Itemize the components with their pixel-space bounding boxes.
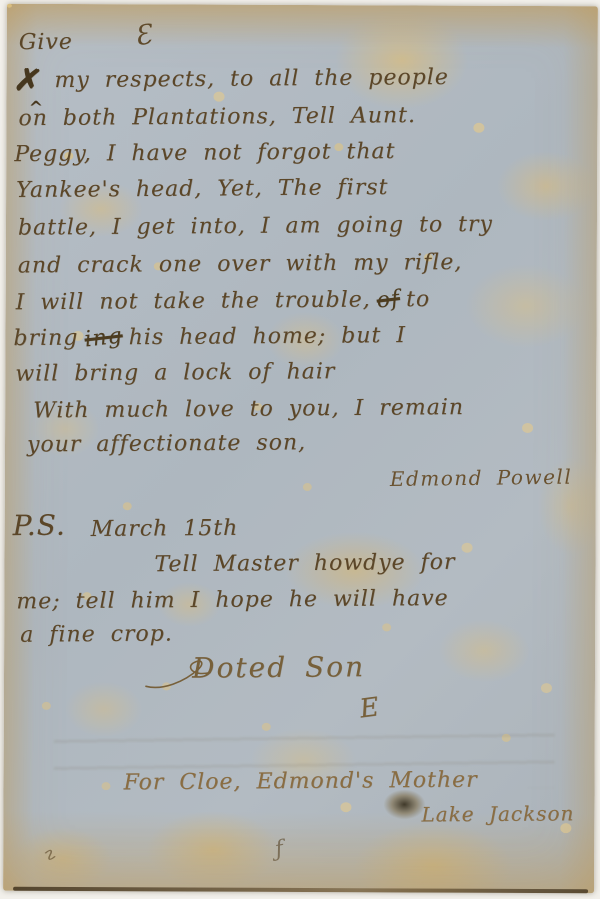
address-line: Lake Jackson	[421, 801, 574, 826]
letter-line: and crack one over with my rifle,	[18, 250, 463, 278]
letter-line: ✗^my respects, to all the people	[15, 65, 449, 93]
postscript-date: March 15th	[91, 516, 239, 542]
stray-ink-mark: ƒ	[273, 836, 285, 862]
letter-text: my respects, to all the people	[54, 65, 449, 93]
postscript-line: Tell Master howdye for	[154, 550, 455, 577]
letter-line: battle, I get into, I am going to try	[18, 212, 493, 241]
postscript-label: P.S.	[13, 509, 66, 542]
postscript-line: me; tell him I hope he will have	[16, 586, 448, 614]
struck-word: ing	[83, 323, 124, 352]
letter-line: your affectionate son,	[27, 430, 306, 457]
foxing-speckles	[7, 4, 12, 8]
letter-line: Yankee's head, Yet, The first	[16, 175, 389, 203]
scribble-mark: Ɛ	[132, 19, 154, 52]
stray-ink-mark: ∿	[37, 842, 60, 867]
strikethrough-scribble: ✗	[13, 67, 44, 93]
letter-text: his head home; but I	[129, 323, 407, 350]
letter-page: Ɛ Give ✗^my respects, to all the people …	[3, 4, 598, 894]
letter-line: With much love to you, I remain	[33, 395, 464, 423]
letter-line: will bring a lock of hair	[15, 359, 335, 387]
letter-opening: Give	[19, 30, 73, 55]
ink-blot	[383, 789, 425, 819]
letter-text: to	[406, 287, 430, 312]
address-line: For Cloe, Edmond's Mother	[123, 768, 477, 796]
letter-line: Peggy, I have not forgot that	[14, 139, 395, 167]
scan-background: Ɛ Give ✗^my respects, to all the people …	[0, 0, 600, 899]
letter-line: bringinghis head home; but I	[13, 323, 406, 351]
postscript-closing: Doted Son	[192, 650, 365, 684]
postscript-line: a fine crop.	[20, 622, 173, 648]
initial-mark: E	[358, 692, 382, 724]
letter-text: I will not take the trouble,	[16, 287, 371, 315]
letter-line: on both Plantations, Tell Aunt.	[18, 103, 416, 131]
struck-word: of	[375, 286, 401, 313]
letter-line: I will not take the trouble,ofto	[16, 287, 431, 315]
letter-text: bring	[13, 326, 78, 352]
signature: Edmond Powell	[389, 465, 572, 491]
